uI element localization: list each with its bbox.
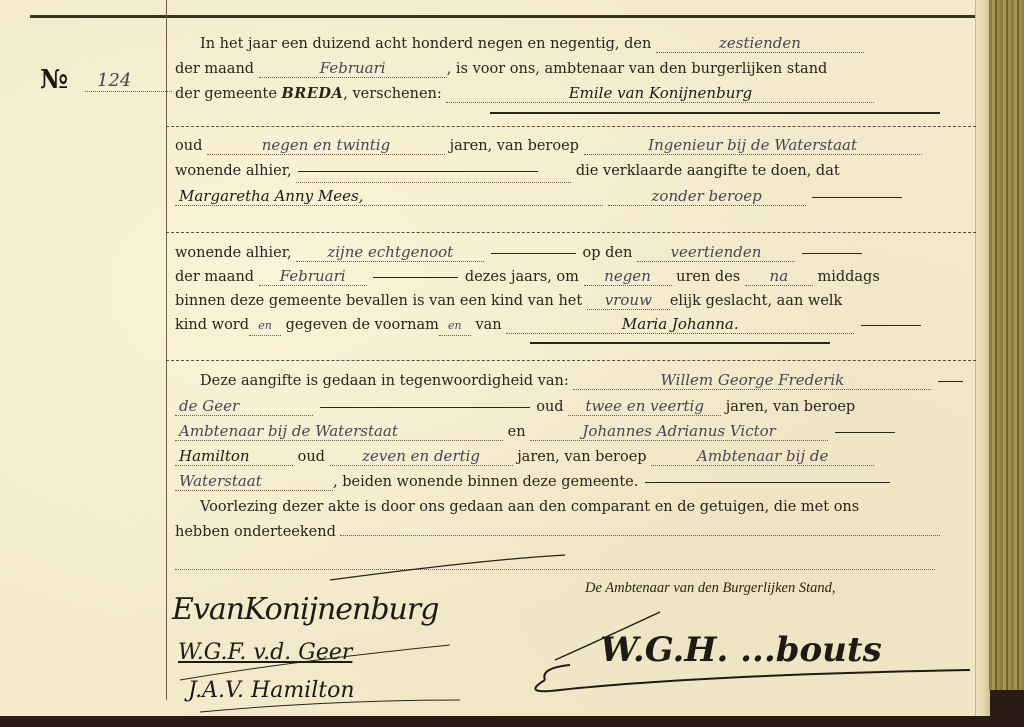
signature-flourishes [0,0,1024,727]
